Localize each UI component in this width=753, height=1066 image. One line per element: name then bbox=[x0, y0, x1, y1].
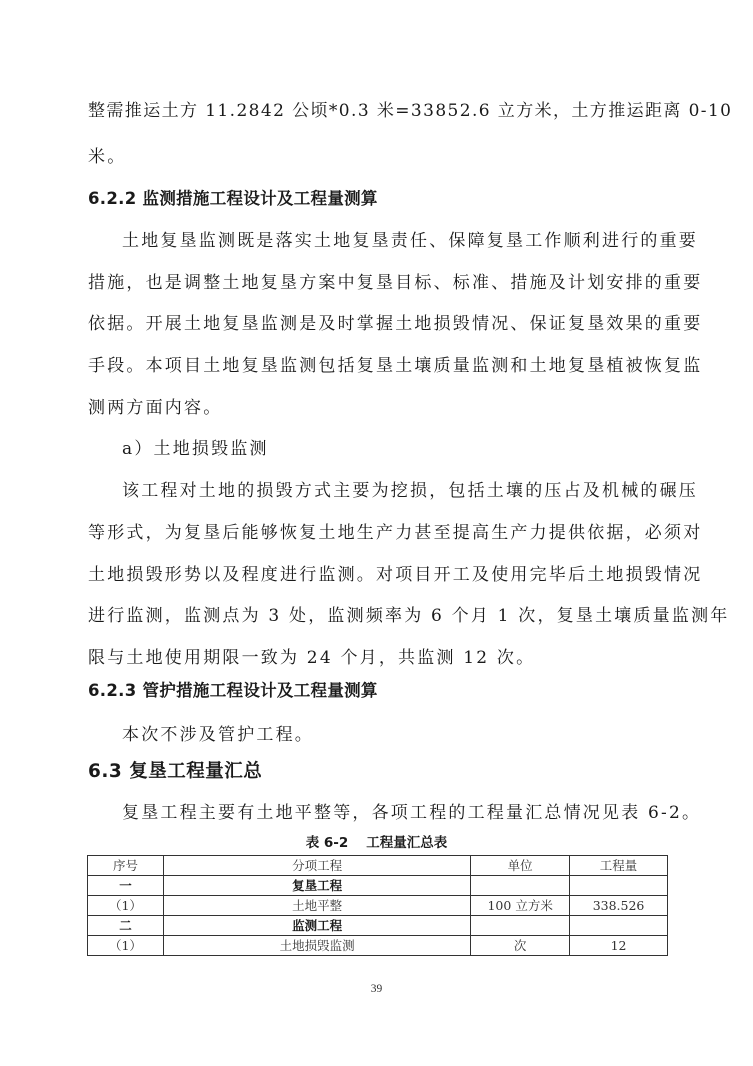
document-page: 整需推运土方 11.2842 公顷*0.3 米=33852.6 立方米，土方推运… bbox=[0, 0, 753, 1066]
table-row: （1） 土地平整 100 立方米 338.526 bbox=[88, 896, 668, 916]
table-caption-title: 工程量汇总表 bbox=[366, 835, 447, 851]
body-text-line: 本次不涉及管护工程。 bbox=[122, 724, 668, 746]
quantity-cell bbox=[570, 916, 668, 936]
page-number: 39 bbox=[0, 983, 753, 995]
body-text-line: 等形式，为复垦后能够恢复土地生产力甚至提高生产力提供依据，必须对 bbox=[88, 522, 668, 544]
body-text-line: 措施，也是调整土地复垦方案中复垦目标、标准、措施及计划安排的重要 bbox=[88, 272, 668, 294]
table-row: （1） 土地损毁监测 次 12 bbox=[88, 936, 668, 956]
quantity-summary-table: 序号 分项工程 单位 工程量 一 复垦工程 （1） 土地平整 100 立方米 3… bbox=[87, 855, 668, 956]
unit-cell bbox=[471, 916, 570, 936]
header-cell: 序号 bbox=[88, 856, 164, 876]
body-text-line: 整需推运土方 11.2842 公顷*0.3 米=33852.6 立方米，土方推运… bbox=[88, 100, 668, 122]
table-row: 二 监测工程 bbox=[88, 916, 668, 936]
subitem-label: a）土地损毁监测 bbox=[122, 438, 668, 460]
body-text-line: 复垦工程主要有土地平整等，各项工程的工程量汇总情况见表 6-2。 bbox=[122, 802, 668, 824]
body-text-line: 依据。开展土地复垦监测是及时掌握土地损毁情况、保证复垦效果的重要 bbox=[88, 313, 668, 335]
table-row: 一 复垦工程 bbox=[88, 876, 668, 896]
quantity-cell: 338.526 bbox=[570, 896, 668, 916]
header-cell: 单位 bbox=[471, 856, 570, 876]
quantity-cell bbox=[570, 876, 668, 896]
body-text-line: 土地复垦监测既是落实土地复垦责任、保障复垦工作顺利进行的重要 bbox=[122, 230, 668, 252]
item-cell: 复垦工程 bbox=[163, 876, 470, 896]
header-cell: 工程量 bbox=[570, 856, 668, 876]
body-text-line: 该工程对土地的损毁方式主要为挖损，包括土壤的压占及机械的碾压 bbox=[122, 480, 668, 502]
row-number-cell: 一 bbox=[88, 876, 164, 896]
unit-cell: 次 bbox=[471, 936, 570, 956]
item-cell: 土地平整 bbox=[163, 896, 470, 916]
table-header-row: 序号 分项工程 单位 工程量 bbox=[88, 856, 668, 876]
body-text-line: 进行监测，监测点为 3 处，监测频率为 6 个月 1 次，复垦土壤质量监测年 bbox=[88, 605, 668, 627]
unit-cell bbox=[471, 876, 570, 896]
header-cell: 分项工程 bbox=[163, 856, 470, 876]
item-cell: 土地损毁监测 bbox=[163, 936, 470, 956]
section-heading-6-2-2: 6.2.2 监测措施工程设计及工程量测算 bbox=[88, 188, 378, 210]
table-caption-number: 表 6-2 bbox=[306, 835, 349, 851]
row-number-cell: （1） bbox=[88, 936, 164, 956]
body-text-line: 手段。本项目土地复垦监测包括复垦土壤质量监测和土地复垦植被恢复监 bbox=[88, 355, 668, 377]
item-cell: 监测工程 bbox=[163, 916, 470, 936]
body-text-line: 测两方面内容。 bbox=[88, 397, 668, 419]
unit-cell: 100 立方米 bbox=[471, 896, 570, 916]
table-caption: 表 6-2工程量汇总表 bbox=[0, 834, 753, 852]
body-text-line: 米。 bbox=[88, 146, 668, 168]
section-heading-6-2-3: 6.2.3 管护措施工程设计及工程量测算 bbox=[88, 680, 378, 702]
row-number-cell: 二 bbox=[88, 916, 164, 936]
body-text-line: 土地损毁形势以及程度进行监测。对项目开工及使用完毕后土地损毁情况 bbox=[88, 564, 668, 586]
row-number-cell: （1） bbox=[88, 896, 164, 916]
section-heading-6-3: 6.3 复垦工程量汇总 bbox=[88, 760, 262, 784]
quantity-cell: 12 bbox=[570, 936, 668, 956]
body-text-line: 限与土地使用期限一致为 24 个月，共监测 12 次。 bbox=[88, 647, 668, 669]
